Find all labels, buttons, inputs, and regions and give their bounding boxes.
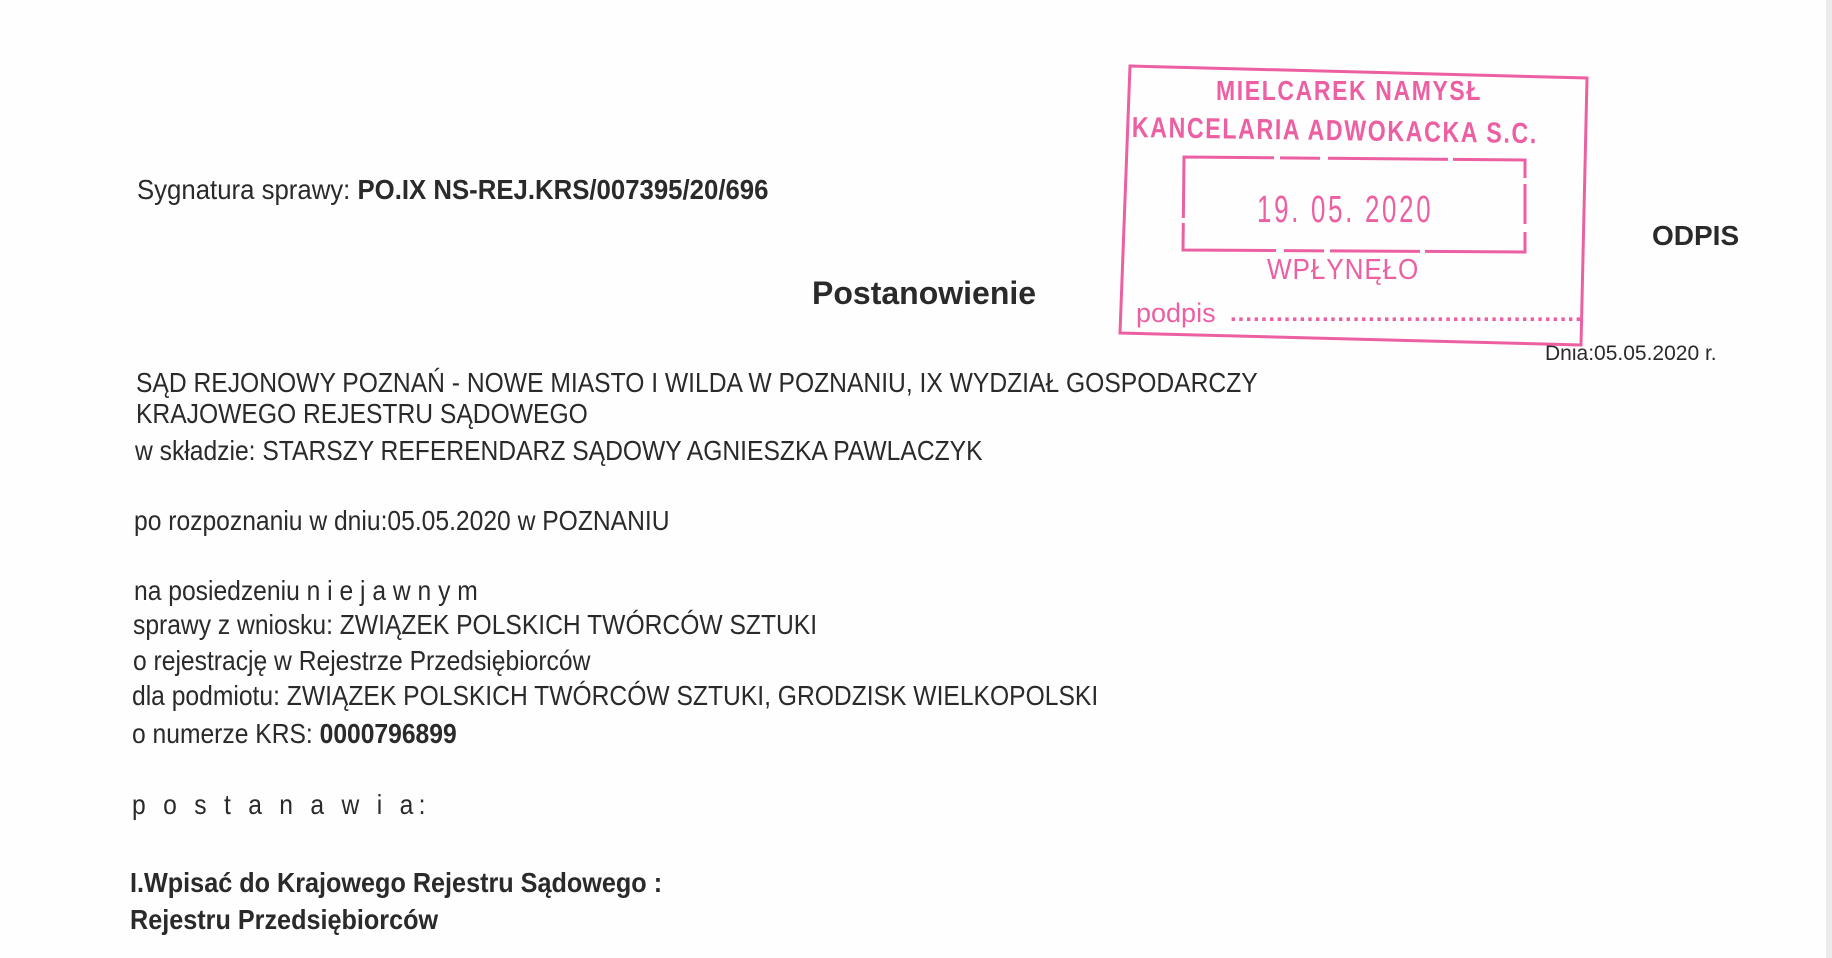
court-name-line-2: KRAJOWEGO REJESTRU SĄDOWEGO xyxy=(136,400,588,428)
document-page: Sygnatura sprawy: PO.IX NS-REJ.KRS/00739… xyxy=(0,0,1826,958)
stamp-signature-label: podpis xyxy=(1136,300,1216,327)
copy-label: ODPIS xyxy=(1652,222,1739,250)
court-name-line-1: SĄD REJONOWY POZNAŃ - NOWE MIASTO I WILD… xyxy=(136,369,1258,397)
decides-label: p o s t a n a w i a: xyxy=(132,791,431,819)
stamp-received-label: WPŁYNĘŁO xyxy=(1267,256,1419,285)
applicant-line: sprawy z wniosku: ZWIĄZEK POLSKICH TWÓRC… xyxy=(133,611,817,639)
krs-value: 0000796899 xyxy=(320,718,457,749)
stamp-date: 19. 05. 2020 xyxy=(1257,191,1433,229)
case-signature-value: PO.IX NS-REJ.KRS/007395/20/696 xyxy=(357,174,768,205)
section-1-heading: I.Wpisać do Krajowego Rejestru Sądowego … xyxy=(130,869,662,897)
krs-label: o numerze KRS: xyxy=(132,718,320,749)
section-1-subheading: Rejestru Przedsiębiorców xyxy=(130,906,438,934)
stamp-signature-line: ........................................… xyxy=(1230,302,1583,326)
document-title: Postanowienie xyxy=(812,277,1036,309)
stamp-firm-name: MIELCAREK NAMYSŁ xyxy=(1216,77,1482,105)
case-signature-label: Sygnatura sprawy: xyxy=(137,174,357,205)
session-type-line: na posiedzeniu n i e j a w n y m xyxy=(134,577,478,605)
stamp-firm-type: KANCELARIA ADWOKACKA S.C. xyxy=(1132,114,1538,149)
received-stamp: MIELCAREK NAMYSŁ KANCELARIA ADWOKACKA S.… xyxy=(1120,64,1590,349)
scrollbar-track[interactable] xyxy=(1826,0,1832,958)
hearing-date-line: po rozpoznaniu w dniu:05.05.2020 w POZNA… xyxy=(134,507,670,535)
subject-line: o rejestrację w Rejestrze Przedsiębiorcó… xyxy=(133,647,590,675)
entity-line: dla podmiotu: ZWIĄZEK POLSKICH TWÓRCÓW S… xyxy=(132,682,1098,710)
krs-number-line: o numerze KRS: 0000796899 xyxy=(132,720,457,748)
court-composition: w składzie: STARSZY REFERENDARZ SĄDOWY A… xyxy=(135,437,983,465)
case-signature: Sygnatura sprawy: PO.IX NS-REJ.KRS/00739… xyxy=(137,176,768,204)
